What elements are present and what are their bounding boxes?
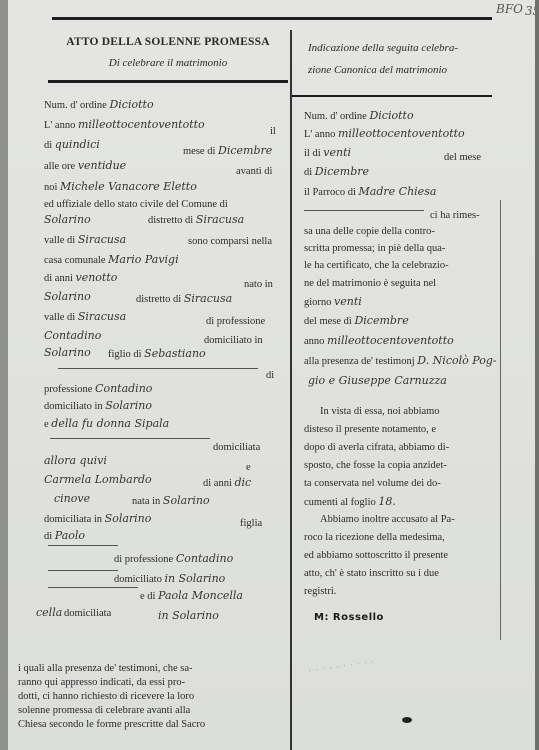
valley-line: valle di Siracusa	[44, 234, 126, 247]
header-top-rule	[52, 17, 492, 20]
right-order-number-line: Num. d' ordine Diciotto	[304, 110, 414, 123]
signature: M: Rossello	[314, 612, 384, 624]
groom-name-line: casa comunale Mario Pavigi	[44, 254, 179, 267]
header-right-line1: Indicazione della seguita celebra-	[308, 42, 458, 54]
folio-line: cumenti al foglio 18.	[304, 496, 396, 509]
officer-line: noi Michele Vanacore Eletto	[44, 181, 197, 194]
scan-left-border	[0, 0, 8, 750]
commune-line: Solarino	[44, 214, 91, 227]
hour-line: alle ore ventidue	[44, 160, 126, 173]
header-right-line2: zione Canonica del matrimonio	[308, 64, 447, 76]
witnesses-line: alla presenza de' testimonj D. Nicolò Po…	[304, 355, 497, 368]
groom-father-line: Solarino	[44, 347, 91, 360]
document-page: BFO 35 ATTO DELLA SOLENNE PROMESSA Di ce…	[8, 0, 539, 750]
scan-right-border	[535, 0, 539, 750]
bride-mother-line: e di Paola Moncella	[140, 590, 243, 603]
header-left-subtitle: Di celebrare il matrimonio	[48, 57, 288, 69]
groom-mother-line: e della fu donna Sipala	[44, 418, 169, 431]
bleed-through-text: · · · · · · · · · ·	[307, 655, 375, 677]
page-mark-left: BFO	[496, 2, 523, 16]
ink-blot	[402, 717, 412, 723]
day-line: di quindici	[44, 139, 100, 152]
header-bottom-rule-right	[292, 95, 492, 97]
bride-name-line: Carmela Lombardo	[44, 474, 152, 487]
header-bottom-rule-left	[48, 80, 288, 83]
bride-father-line: di Paolo	[44, 530, 85, 543]
order-number-line: Num. d' ordine Diciotto	[44, 99, 154, 112]
parish-priest-line: il Parroco di Madre Chiesa	[304, 186, 436, 199]
groom-age-line: di anni venotto	[44, 272, 117, 285]
year-line: L' anno milleottocentoventotto	[44, 119, 205, 132]
column-divider	[290, 30, 292, 750]
right-margin-line	[500, 200, 501, 640]
header-left-title: ATTO DELLA SOLENNE PROMESSA	[48, 36, 288, 48]
